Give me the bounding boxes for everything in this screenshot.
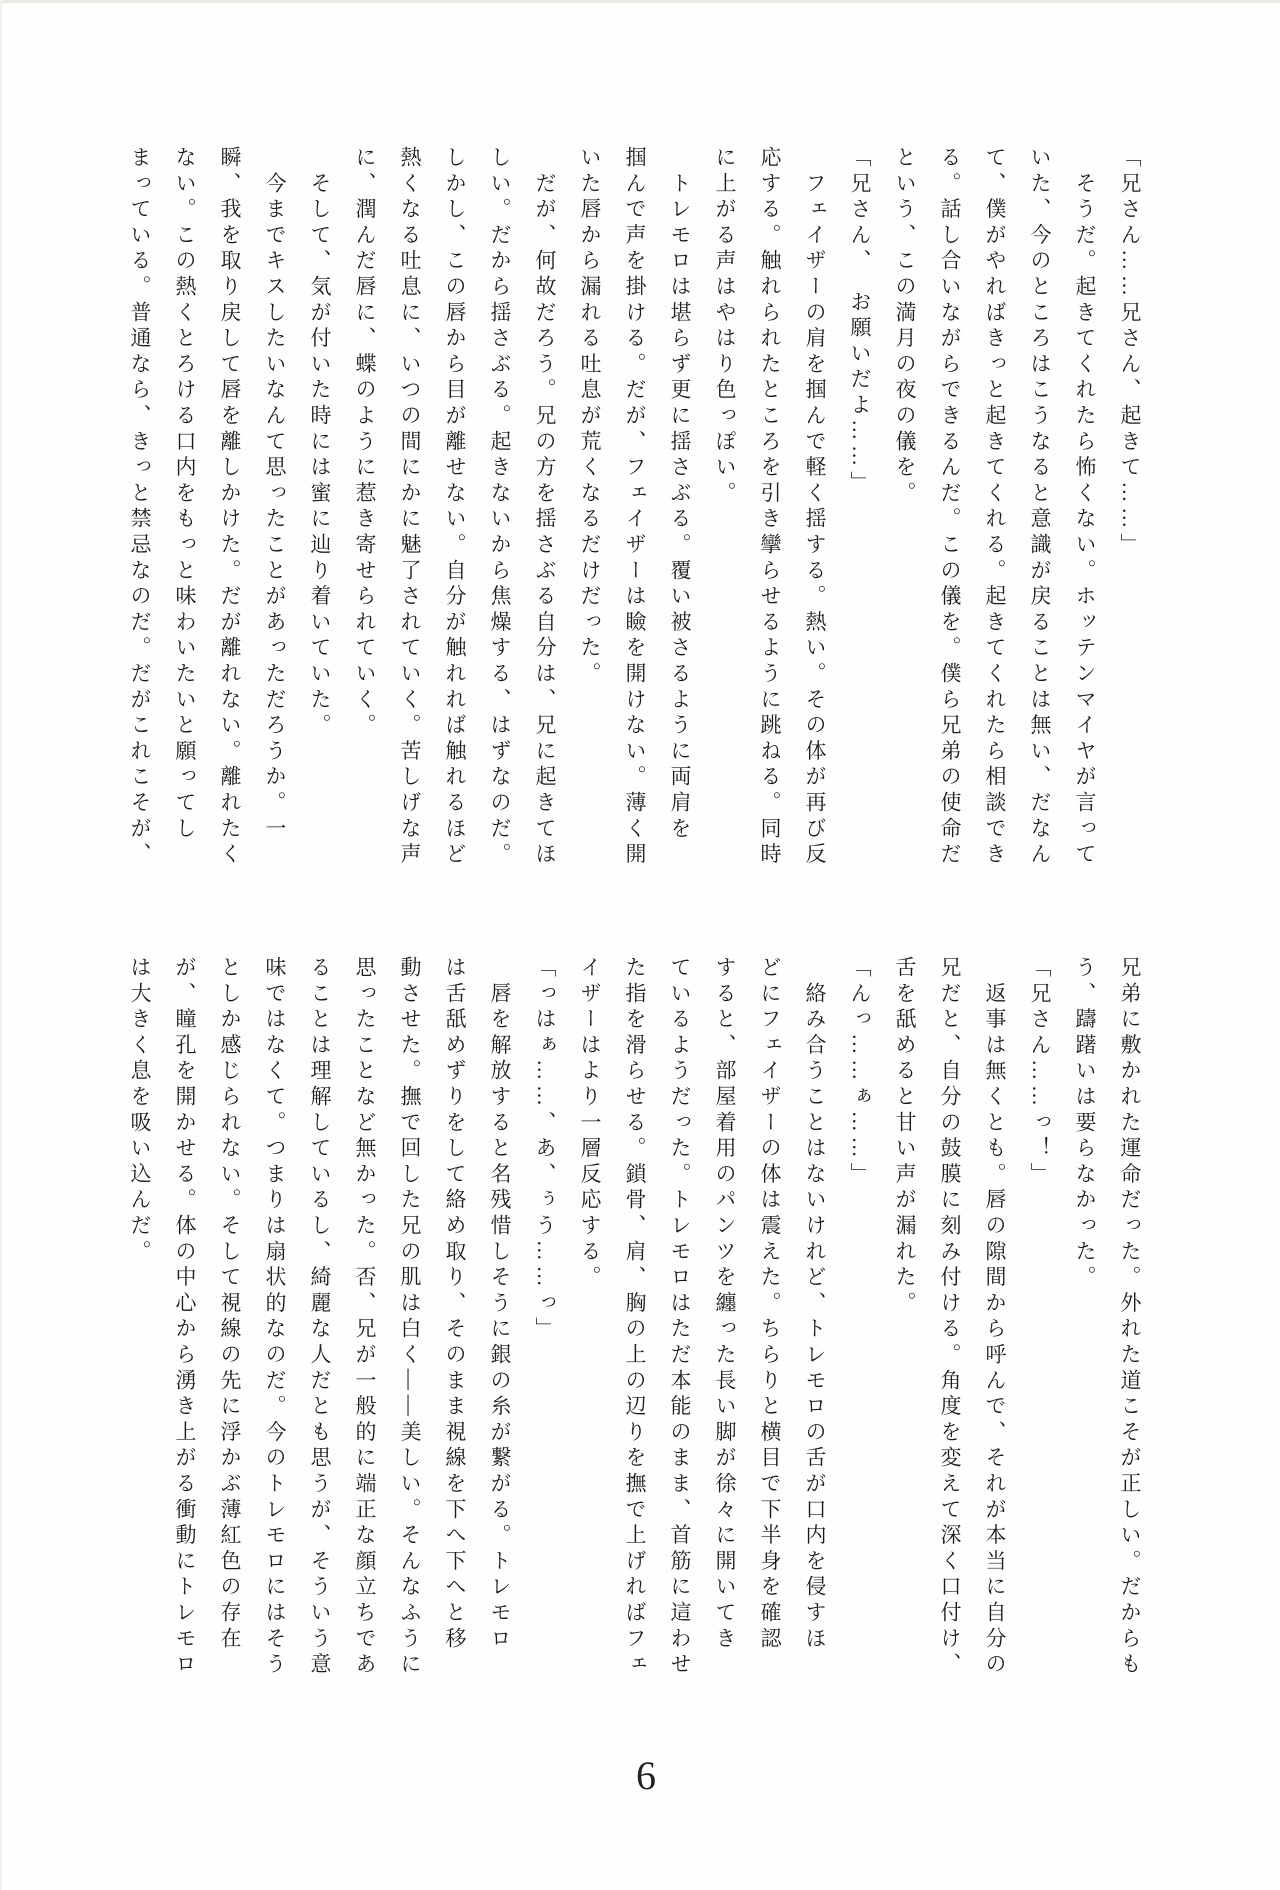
text-column: て、僕がやればきっと起きてくれる。起きてくれたら相談でき: [972, 146, 1017, 888]
text-column: という、この満月の夜の儀を。: [882, 146, 927, 888]
text-column: 返事は無くとも。唇の隙間から呼んで、それが本当に自分の: [972, 956, 1017, 1698]
text-column: いた唇から漏れる吐息が荒くなるだけだった。: [567, 146, 612, 888]
text-column: 兄だと、自分の鼓膜に刻み付ける。角度を変えて深く口付け、: [927, 956, 972, 1698]
text-column: フェイザーの肩を掴んで軽く揺する。熱い。その体が再び反: [792, 146, 837, 888]
text-column: 思ったことなど無かった。否、兄が一般的に端正な顔立ちであ: [342, 956, 387, 1698]
text-column: る。話し合いながらできるんだ。この儀を。僕ら兄弟の使命だ: [927, 146, 972, 888]
text-column: しかし、この唇から目が離せない。自分が触れれば触れるほど: [432, 146, 477, 888]
text-column: う、躊躇いは要らなかった。: [1062, 956, 1107, 1698]
text-block-top: 「兄さん……兄さん、起きて……」 そうだ。起きてくれたら怖くない。ホッテンマイヤ…: [117, 146, 1152, 888]
text-column: 兄弟に敷かれた運命だった。外れた道こそが正しい。だからも: [1107, 956, 1152, 1698]
text-column: 応する。触れられたところを引き攣らせるように跳ねる。同時: [747, 146, 792, 888]
text-column: 今までキスしたいなんて思ったことがあっただろうか。一: [252, 146, 297, 888]
text-column: ない。この熱くとろける口内をもっと味わいたいと願ってし: [162, 146, 207, 888]
text-column: は大きく息を吸い込んだ。: [117, 956, 162, 1698]
text-column: 熱くなる吐息に、いつの間にかに魅了されていく。苦しげな声: [387, 146, 432, 888]
scan-edge-top: [0, 0, 1280, 3]
text-column: 瞬、我を取り戻して唇を離しかけた。だが離れない。離れたく: [207, 146, 252, 888]
text-column: どにフェイザーの体は震えた。ちらりと横目で下半身を確認: [747, 956, 792, 1698]
text-column: としか感じられない。そして視線の先に浮かぶ薄紅色の存在: [207, 956, 252, 1698]
text-column: イザーはより一層反応する。: [567, 956, 612, 1698]
scan-edge-left: [0, 0, 2, 1890]
text-column: た指を滑らせる。鎖骨、肩、胸の上の辺りを撫で上げればフェ: [612, 956, 657, 1698]
text-column: 「兄さん……っ！」: [1017, 956, 1062, 1698]
text-column: 「んっ……ぁ……」: [837, 956, 882, 1698]
text-column: すると、部屋着用のパンツを纏った長い脚が徐々に開いてき: [702, 956, 747, 1698]
text-column: ることは理解しているし、綺麗な人だとも思うが、そういう意: [297, 956, 342, 1698]
text-column: 掴んで声を掛ける。だが、フェイザーは瞼を開けない。薄く開: [612, 146, 657, 888]
text-column: 舌を舐めると甘い声が漏れた。: [882, 956, 927, 1698]
page-number: 6: [616, 1752, 676, 1799]
text-column: 「兄さん……兄さん、起きて……」: [1107, 146, 1152, 888]
text-column: 「兄さん、 お願いだよ……」: [837, 146, 882, 888]
text-column: 唇を解放すると名残惜しそうに銀の糸が繋がる。トレモロ: [477, 956, 522, 1698]
text-column: いた、今のところはこうなると意識が戻ることは無い、だなん: [1017, 146, 1062, 888]
text-column: トレモロは堪らず更に揺さぶる。覆い被さるように両肩を: [657, 146, 702, 888]
text-block-bottom: 兄弟に敷かれた運命だった。外れた道こそが正しい。だからも う、躊躇いは要らなかっ…: [117, 956, 1152, 1698]
text-column: ているようだった。トレモロはただ本能のまま、首筋に這わせ: [657, 956, 702, 1698]
text-column: そして、気が付いた時には蜜に辿り着いていた。: [297, 146, 342, 888]
text-column: 絡み合うことはないけれど、トレモロの舌が口内を侵すほ: [792, 956, 837, 1698]
text-column: に、潤んだ唇に、蝶のように惹き寄せられていく。: [342, 146, 387, 888]
text-column: そうだ。起きてくれたら怖くない。ホッテンマイヤが言って: [1062, 146, 1107, 888]
text-column: しい。だから揺さぶる。起きないから焦燥する、はずなのだ。: [477, 146, 522, 888]
text-column: は舌舐めずりをして絡め取り、そのまま視線を下へ下へと移: [432, 956, 477, 1698]
text-column: 「っはぁ……、あ、ぅう……っ」: [522, 956, 567, 1698]
text-column: が、瞳孔を開かせる。体の中心から湧き上がる衝動にトレモロ: [162, 956, 207, 1698]
text-column: まっている。普通なら、きっと禁忌なのだ。だがこれこそが、: [117, 146, 162, 888]
text-column: に上がる声はやはり色っぽい。: [702, 146, 747, 888]
text-column: 味ではなくて。つまりは扇状的なのだ。今のトレモロにはそう: [252, 956, 297, 1698]
text-column: だが、何故だろう。兄の方を揺さぶる自分は、兄に起きてほ: [522, 146, 567, 888]
text-column: 動させた。撫で回した兄の肌は白く——美しい。そんなふうに: [387, 956, 432, 1698]
